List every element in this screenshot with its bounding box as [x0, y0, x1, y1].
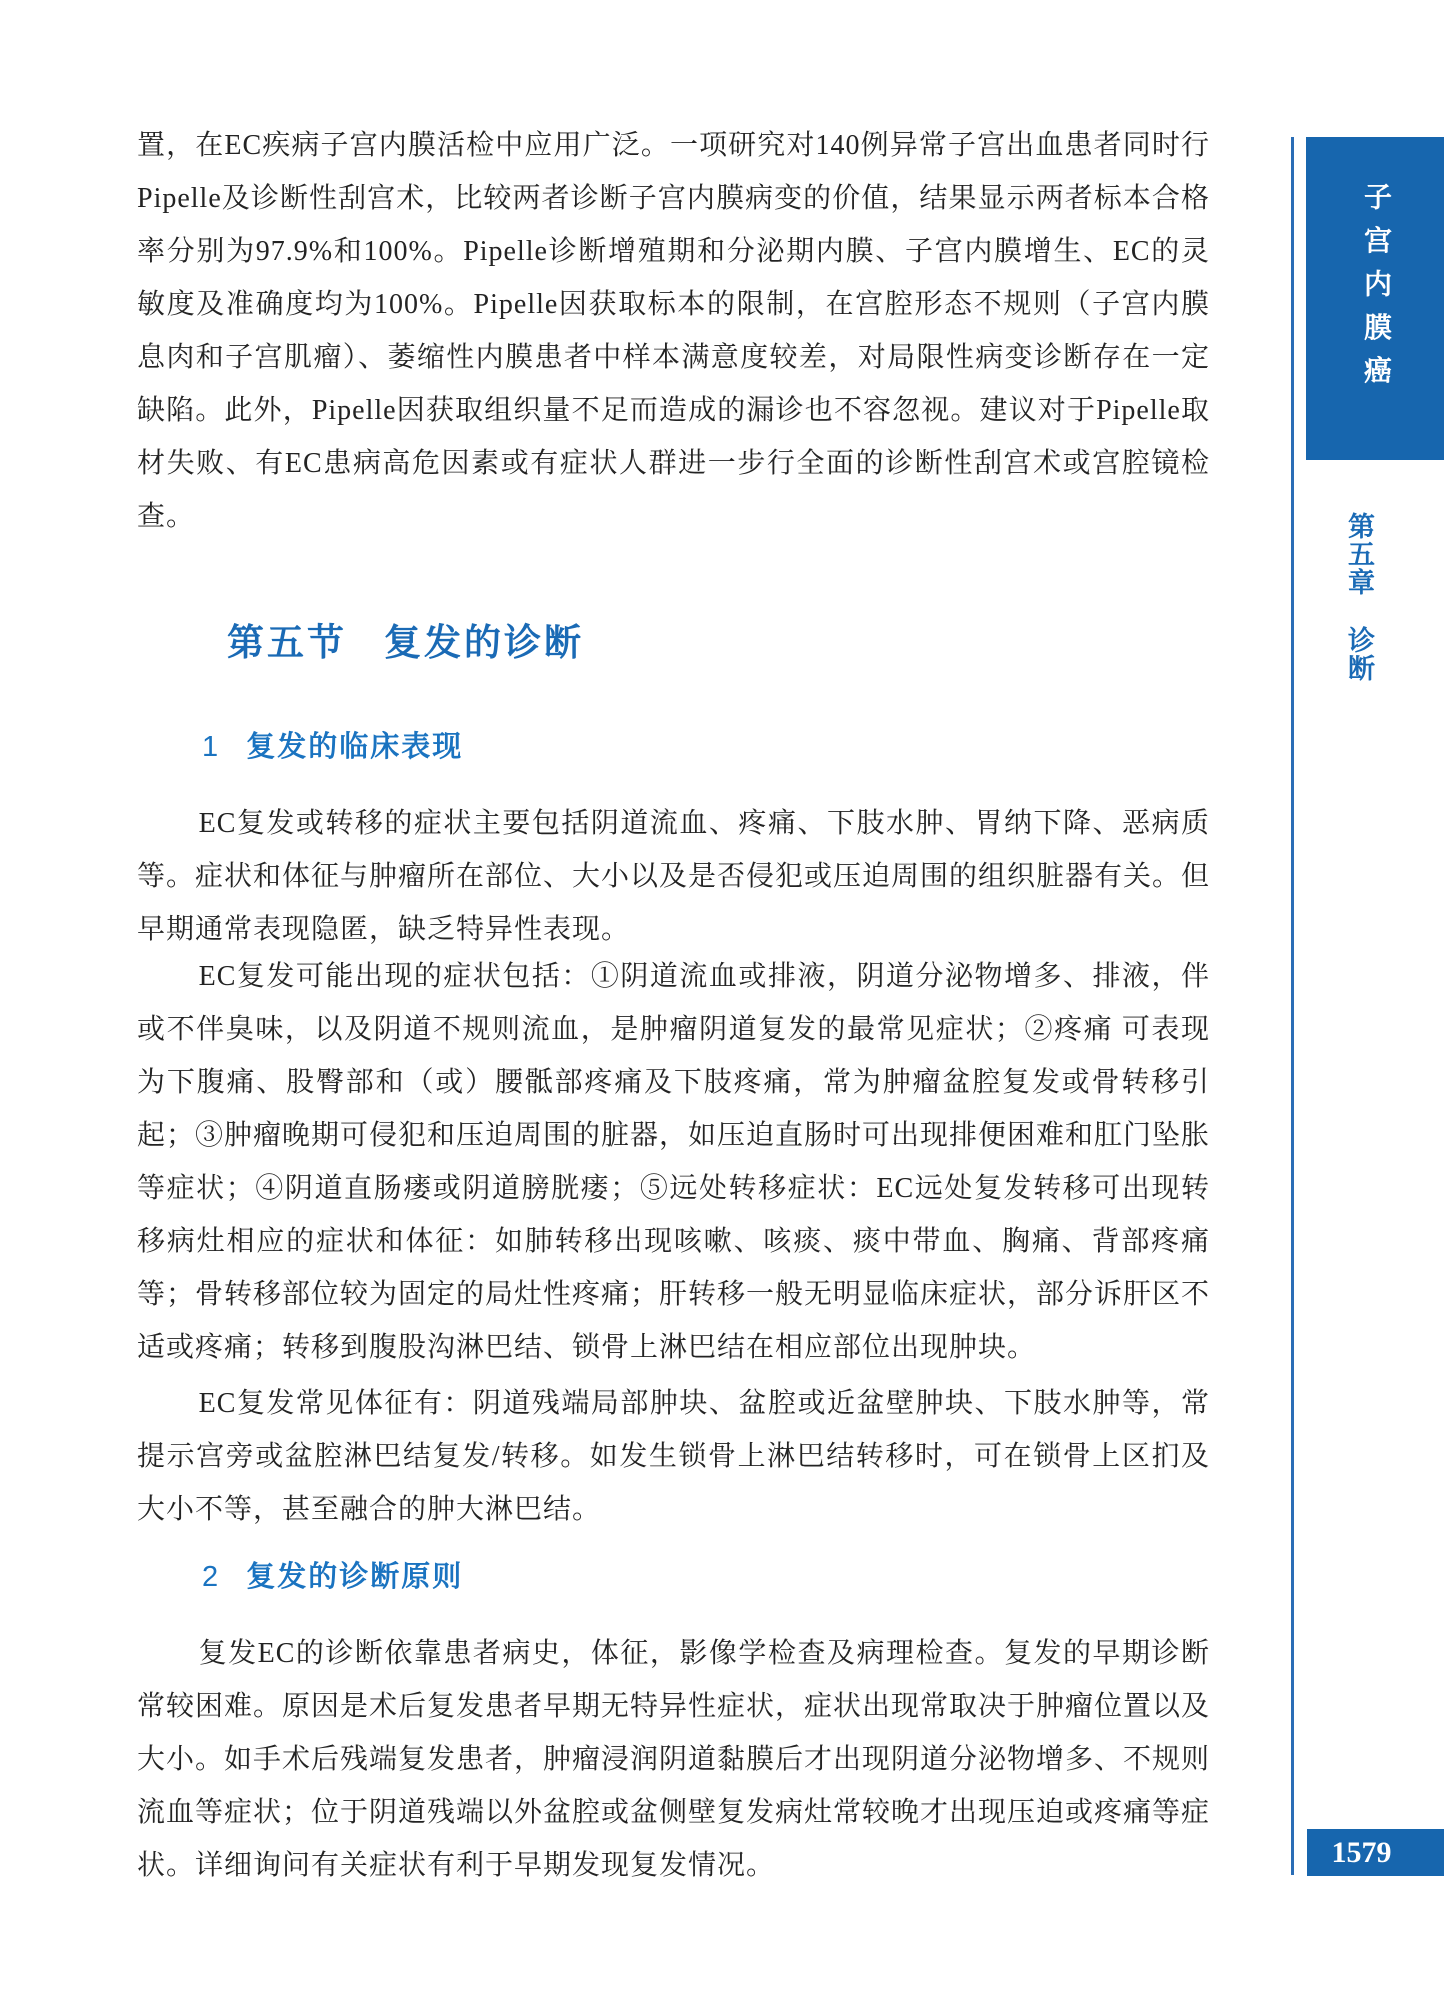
section-title: 复发的诊断: [384, 623, 584, 664]
section-number: 第五节: [227, 623, 347, 664]
subsection-1-paragraph: EC复发或转移的症状主要包括阴道流血、疼痛、下肢水肿、胃纳下降、恶病质等。症状和…: [137, 797, 1210, 956]
subsection-2-heading: 2复发的诊断原则: [137, 1557, 1210, 1597]
chapter-marker: 第五章诊断: [1340, 512, 1379, 682]
subsection-2-title: 复发的诊断原则: [246, 1561, 463, 1593]
book-title-vertical-text: 子宫内膜癌: [1355, 182, 1395, 414]
book-page: 置，在EC疾病子宫内膜活检中应用广泛。一项研究对140例异常子宫出血患者同时行P…: [0, 0, 1444, 2010]
sidebar-divider-line: [1291, 137, 1294, 1875]
section-heading: 第五节复发的诊断: [137, 621, 1210, 666]
intro-paragraph: 置，在EC疾病子宫内膜活检中应用广泛。一项研究对140例异常子宫出血患者同时行P…: [137, 119, 1210, 543]
subsection-1-paragraph: EC复发可能出现的症状包括：①阴道流血或排液，阴道分泌物增多、排液，伴或不伴臭味…: [137, 950, 1210, 1374]
subsection-1-number: 1: [202, 731, 220, 763]
subsection-2-number: 2: [202, 1561, 220, 1593]
subsection-1-heading: 1复发的临床表现: [137, 727, 1210, 767]
page-number-badge: 1579: [1307, 1829, 1444, 1876]
chapter-title: 诊断: [1340, 626, 1379, 682]
chapter-number: 第五章: [1340, 512, 1379, 596]
subsection-1-paragraph: EC复发常见体征有：阴道残端局部肿块、盆腔或近盆壁肿块、下肢水肿等，常提示宫旁或…: [137, 1377, 1210, 1536]
subsection-2-paragraph: 复发EC的诊断依靠患者病史，体征，影像学检查及病理检查。复发的早期诊断常较困难。…: [137, 1627, 1210, 1892]
book-title-tab: 子宫内膜癌: [1306, 137, 1444, 460]
subsection-1-title: 复发的临床表现: [246, 731, 463, 763]
